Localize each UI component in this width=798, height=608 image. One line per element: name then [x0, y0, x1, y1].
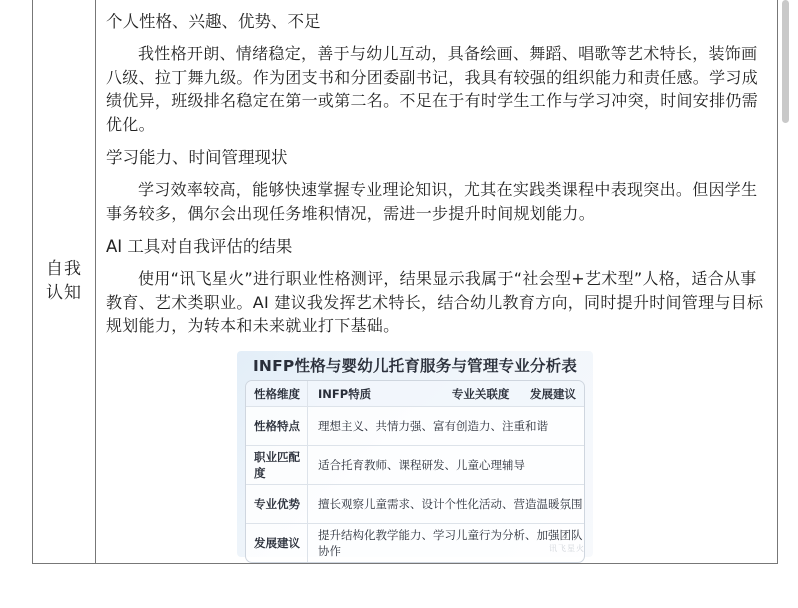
- scrollbar-thumb[interactable]: [782, 0, 789, 123]
- section-body-ai-assessment: 使用“讯飞星火”进行职业性格测评，结果显示我属于“社会型+艺术型”人格，适合从事…: [106, 267, 767, 338]
- document-table: 自我 认知 个人性格、兴趣、优势、不足 我性格开朗、情绪稳定，善于与幼儿互动，具…: [32, 0, 778, 564]
- figure-title: INFP性格与婴幼儿托育服务与管理专业分析表: [245, 355, 585, 377]
- header-relevance: 专业关联度: [452, 386, 510, 402]
- vertical-scrollbar[interactable]: [780, 0, 798, 608]
- section-heading-ai-assessment: AI 工具对自我评估的结果: [106, 235, 767, 259]
- section-heading-personality: 个人性格、兴趣、优势、不足: [106, 10, 767, 34]
- row-dimension: 职业匹配度: [246, 446, 308, 484]
- section-body-learning: 学习效率较高，能够快速掌握专业理论知识，尤其在实践类课程中表现突出。但因学生事务…: [106, 178, 767, 225]
- figure-table-row: 专业优势 擅长观察儿童需求、设计个性化活动、营造温暖氛围: [246, 484, 584, 523]
- row-content: 理想主义、共情力强、富有创造力、注重和谐: [308, 407, 584, 445]
- row-label-line-2: 认知: [44, 281, 84, 305]
- figure-table-row: 性格特点 理想主义、共情力强、富有创造力、注重和谐: [246, 406, 584, 445]
- section-heading-learning: 学习能力、时间管理现状: [106, 146, 767, 170]
- header-infp-traits: INFP特质: [318, 386, 371, 402]
- row-label: 自我 认知: [44, 257, 84, 305]
- row-content: 提升结构化教学能力、学习儿童行为分析、加强团队协作: [308, 524, 584, 562]
- header-rest: INFP特质 专业关联度 发展建议: [308, 381, 584, 406]
- figure-table-row: 职业匹配度 适合托育教师、课程研发、儿童心理辅导: [246, 445, 584, 484]
- row-content: 适合托育教师、课程研发、儿童心理辅导: [308, 446, 584, 484]
- row-dimension: 发展建议: [246, 524, 308, 562]
- header-dimension: 性格维度: [246, 381, 308, 406]
- row-label-cell: 自我 认知: [33, 0, 96, 563]
- row-dimension: 性格特点: [246, 407, 308, 445]
- header-suggestion: 发展建议: [530, 386, 576, 402]
- figure-table: 性格维度 INFP特质 专业关联度 发展建议 性格特点 理想主义、共情力强、富有…: [245, 380, 585, 563]
- infp-analysis-figure: INFP性格与婴幼儿托育服务与管理专业分析表 性格维度 INFP特质 专业关联度…: [237, 351, 593, 557]
- figure-table-header: 性格维度 INFP特质 专业关联度 发展建议: [246, 381, 584, 406]
- figure-watermark: 讯飞星火: [549, 543, 585, 554]
- row-label-line-1: 自我: [44, 257, 84, 281]
- section-body-personality: 我性格开朗、情绪稳定，善于与幼儿互动，具备绘画、舞蹈、唱歌等艺术特长，装饰画八级…: [106, 42, 767, 136]
- row-content: 擅长观察儿童需求、设计个性化活动、营造温暖氛围: [308, 485, 584, 523]
- row-dimension: 专业优势: [246, 485, 308, 523]
- figure-table-row: 发展建议 提升结构化教学能力、学习儿童行为分析、加强团队协作: [246, 523, 584, 562]
